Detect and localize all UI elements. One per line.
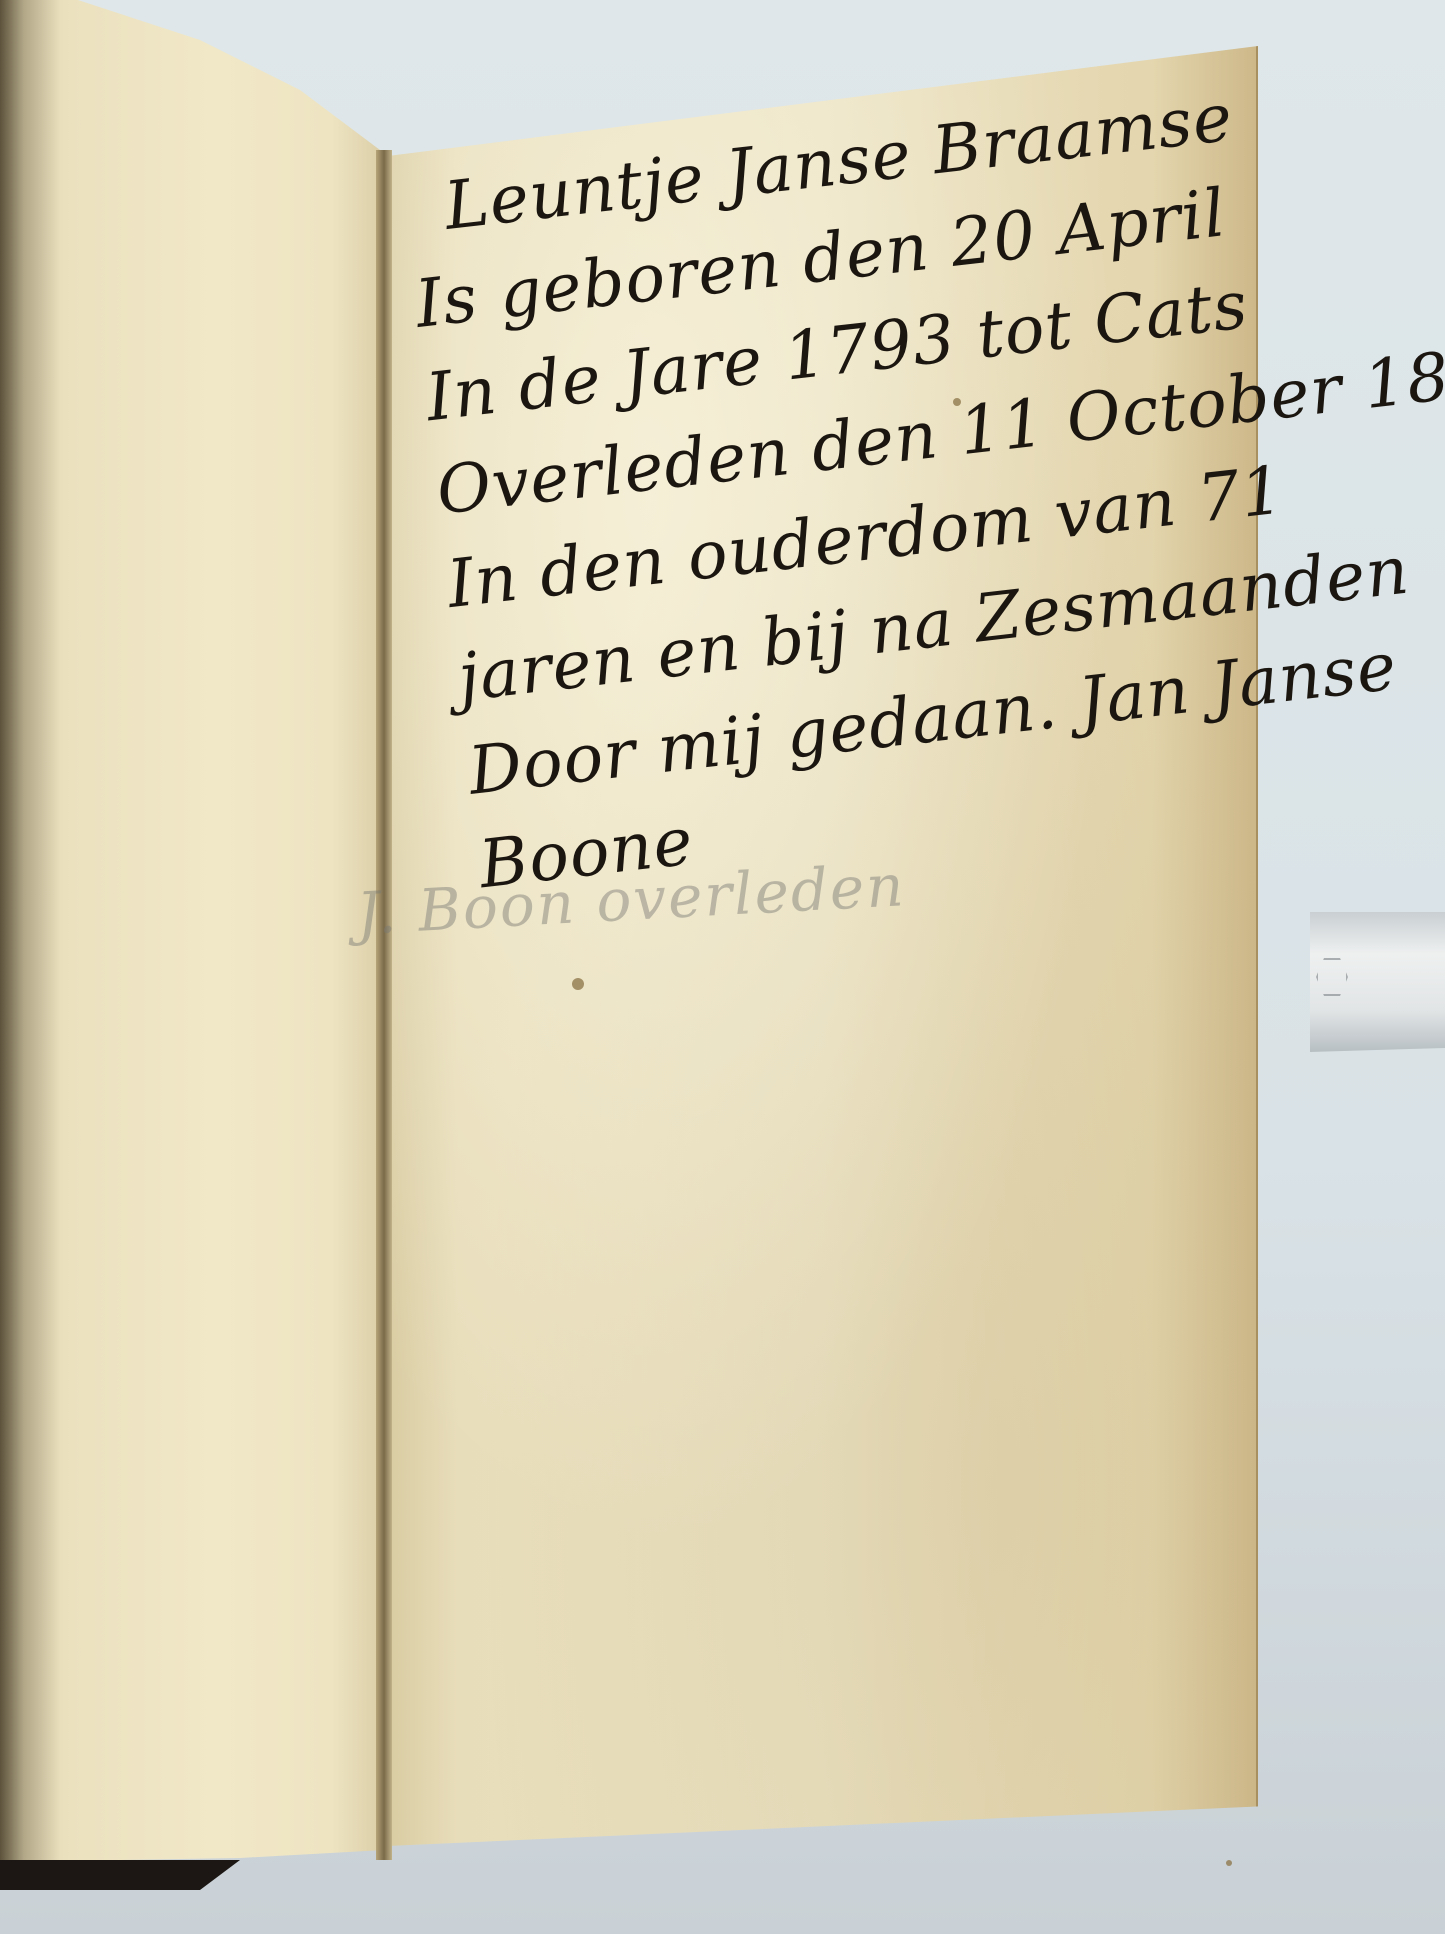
ink-entry: Leuntje Janse Braamse Is geboren den 20 … [400, 67, 1350, 913]
paper-stain [1226, 1860, 1232, 1866]
paper-stain [572, 978, 584, 990]
paper-stain [953, 398, 961, 406]
left-page-shadow [0, 0, 60, 1870]
book-cover-edge [0, 1860, 240, 1890]
book-gutter [376, 150, 392, 1860]
book-photo: Leuntje Janse Braamse Is geboren den 20 … [0, 0, 1445, 1934]
